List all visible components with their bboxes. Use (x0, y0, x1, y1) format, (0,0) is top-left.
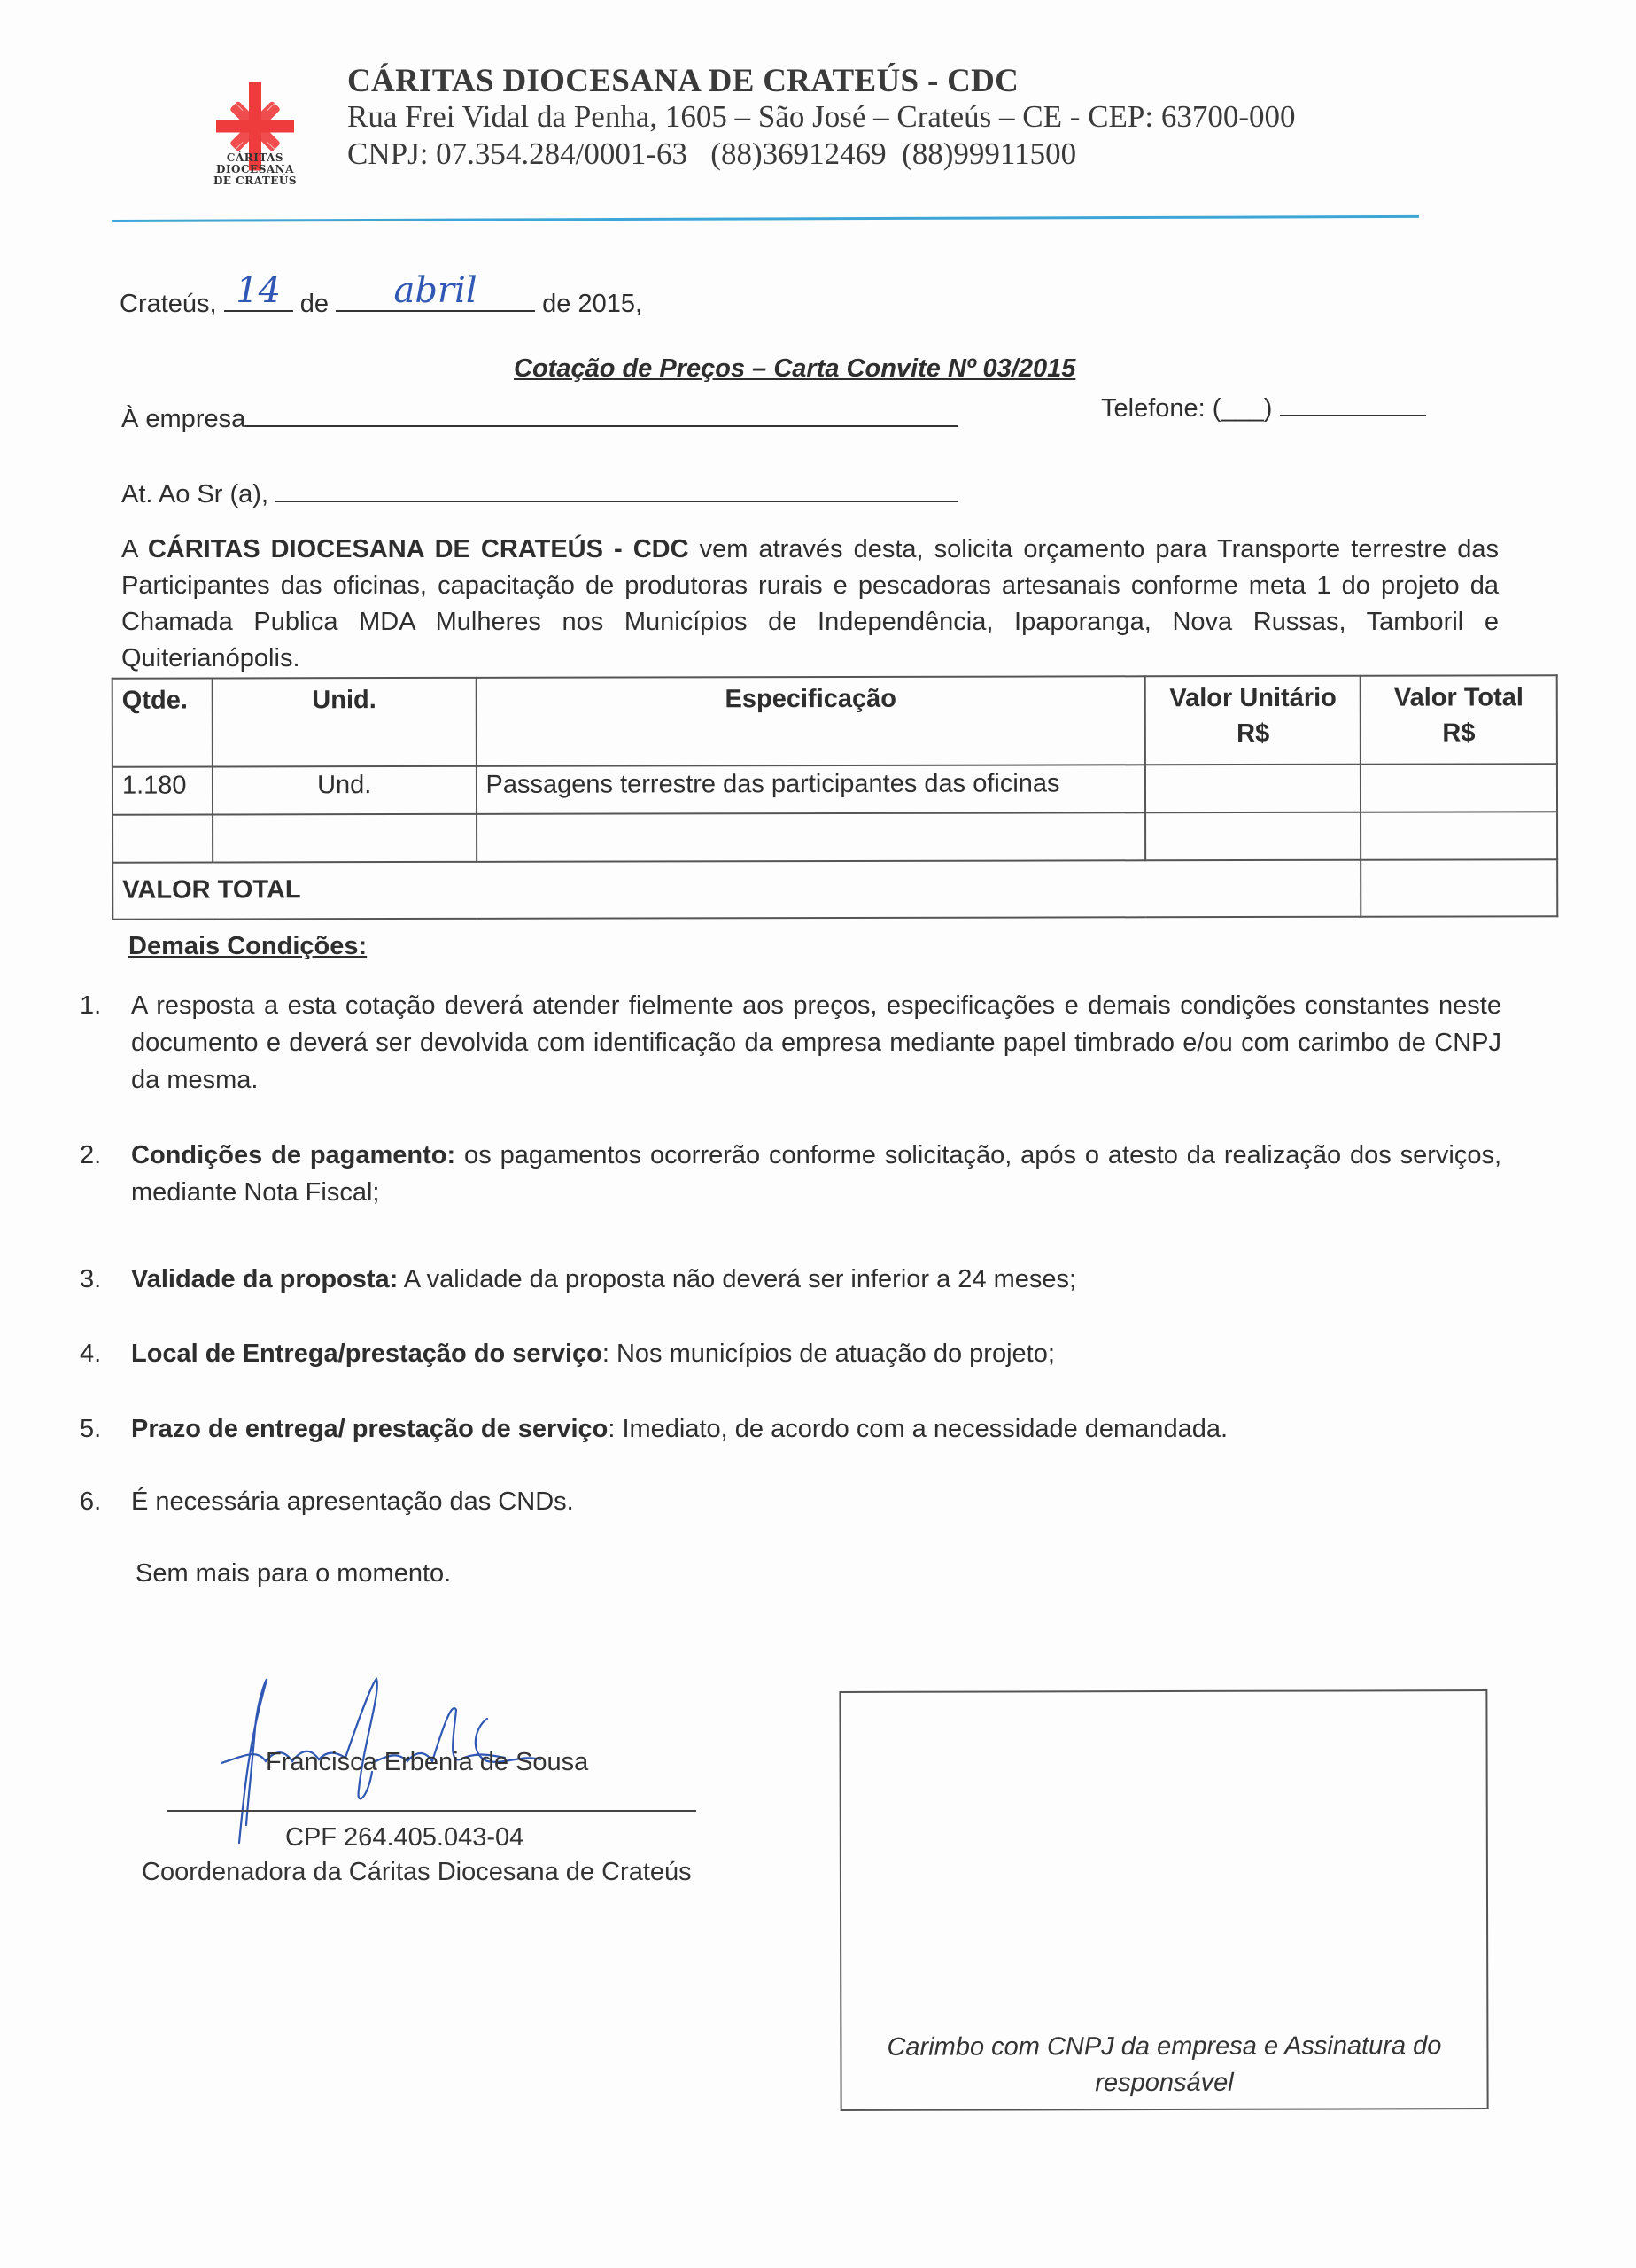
table-row: 1.180 Und. Passagens terrestre das parti… (112, 764, 1557, 814)
attention-label: At. Ao Sr (a), (121, 480, 268, 509)
stamp-box-label: Carimbo com CNPJ da empresa e Assinatura… (859, 2028, 1469, 2102)
month-field[interactable]: abril (336, 285, 535, 312)
table-row (112, 812, 1557, 862)
col-valor-total: Valor TotalR$ (1361, 675, 1557, 764)
condition-number: 6. (80, 1483, 131, 1520)
month-handwritten: abril (336, 273, 535, 308)
cell-valor-total[interactable] (1361, 812, 1557, 859)
condition-item: 2. Condições de pagamento: os pagamentos… (80, 1137, 1501, 1211)
org-contact: CNPJ: 07.354.284/0001-63 (88)36912469 (8… (347, 136, 1076, 172)
col-especificacao: Especificação (476, 676, 1145, 766)
telefone-label: Telefone: (___) (1101, 394, 1272, 423)
attention-field[interactable] (275, 476, 958, 502)
condition-item: 1. A resposta a esta cotação deverá aten… (80, 987, 1501, 1099)
condition-number: 3. (80, 1261, 131, 1298)
col-qtde: Qtde. (112, 678, 213, 766)
org-name: CÁRITAS DIOCESANA DE CRATEÚS - CDC (347, 62, 1019, 100)
signer-role: Coordenadora da Cáritas Diocesana de Cra… (142, 1858, 692, 1887)
cell-qtde: 1.180 (112, 766, 213, 814)
day-field[interactable]: 14 (224, 285, 293, 312)
condition-item: 6. É necessária apresentação das CNDs. (80, 1483, 1501, 1520)
date-suffix: de 2015, (542, 290, 642, 318)
date-prefix: Crateús, (120, 290, 217, 318)
org-name-bold: CÁRITAS DIOCESANA DE CRATEÚS - CDC (148, 535, 689, 563)
day-handwritten: 14 (224, 273, 293, 308)
company-stamp-box[interactable]: Carimbo com CNPJ da empresa e Assinatura… (839, 1689, 1488, 2111)
table-total-row: VALOR TOTAL (112, 859, 1557, 919)
empresa-label: À empresa (121, 405, 245, 433)
cell-valor-total[interactable] (1361, 764, 1557, 812)
cell-valor-unitario[interactable] (1145, 765, 1361, 813)
signature-line (167, 1810, 696, 1812)
org-address: Rua Frei Vidal da Penha, 1605 – São José… (347, 99, 1296, 135)
col-unid: Unid. (213, 678, 477, 767)
cell-qtde[interactable] (112, 814, 213, 862)
conditions-title: Demais Condições: (128, 932, 367, 961)
telefone-field[interactable] (1280, 390, 1426, 416)
attention-line: At. Ao Sr (a), (121, 476, 958, 509)
header-divider (112, 215, 1419, 222)
total-label: VALOR TOTAL (112, 860, 1361, 920)
total-value[interactable] (1361, 859, 1557, 916)
date-de: de (300, 290, 329, 318)
table-header-row: Qtde. Unid. Especificação Valor Unitário… (112, 675, 1557, 766)
quote-table: Qtde. Unid. Especificação Valor Unitário… (112, 674, 1559, 920)
closing-text: Sem mais para o momento. (136, 1559, 451, 1588)
col-valor-unitario: Valor UnitárioR$ (1145, 676, 1361, 765)
cell-valor-unitario[interactable] (1145, 812, 1361, 861)
empresa-field[interactable] (245, 400, 958, 427)
signer-name: Francisca Erbenia de Sousa (266, 1748, 588, 1777)
condition-number: 2. (80, 1137, 131, 1211)
cell-especificacao: Passagens terrestre das participantes da… (476, 765, 1145, 814)
condition-number: 5. (80, 1410, 131, 1448)
condition-number: 4. (80, 1335, 131, 1372)
condition-item: 3. Validade da proposta: A validade da p… (80, 1261, 1501, 1298)
telefone-line: Telefone: (___) (1101, 390, 1426, 423)
condition-number: 1. (80, 987, 131, 1099)
empresa-line: À empresa (121, 400, 958, 434)
document-heading: Cotação de Preços – Carta Convite Nº 03/… (514, 354, 1075, 384)
request-paragraph: A CÁRITAS DIOCESANA DE CRATEÚS - CDC vem… (121, 532, 1499, 677)
logo-caption: CÁRITAS DIOCESANA DE CRATEÚS (190, 152, 321, 187)
signer-cpf: CPF 264.405.043-04 (285, 1823, 523, 1852)
cell-unid[interactable] (213, 814, 477, 863)
cell-especificacao[interactable] (477, 812, 1146, 862)
cell-unid: Und. (213, 766, 477, 815)
date-line: Crateús, 14 de abril de 2015, (120, 285, 642, 319)
condition-item: 5. Prazo de entrega/ prestação de serviç… (80, 1410, 1501, 1448)
condition-item: 4. Local de Entrega/prestação do serviço… (80, 1335, 1501, 1372)
